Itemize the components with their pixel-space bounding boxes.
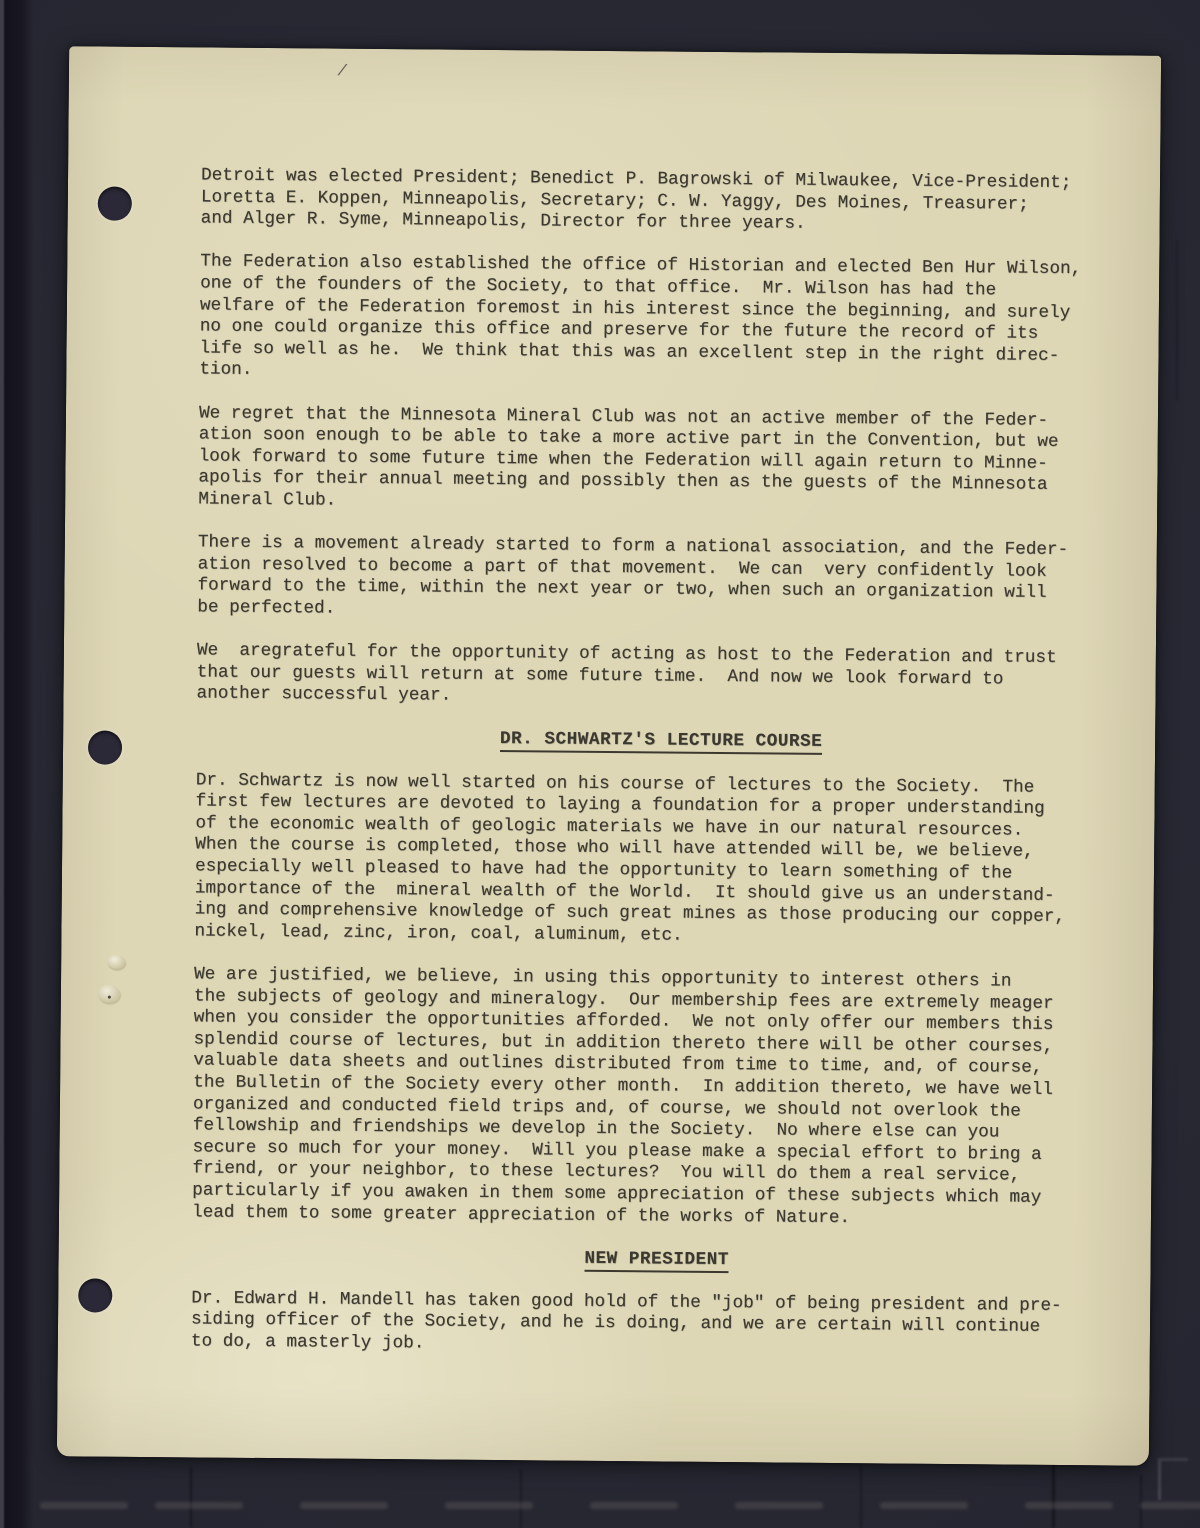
cover-emboss-mark — [590, 1502, 678, 1509]
scanned-document-background: / Detroit was elected President; Benedic… — [0, 0, 1200, 1528]
paragraph-national-association: There is a movement already started to f… — [197, 532, 1128, 626]
punch-hole-bottom — [78, 1278, 112, 1312]
cover-emboss-mark — [880, 1502, 968, 1509]
cover-emboss-mark — [445, 1502, 533, 1509]
pencil-tick-mark: / — [336, 62, 349, 82]
paragraph-new-president-mandell: Dr. Edward H. Mandell has taken good hol… — [191, 1288, 1122, 1361]
typewritten-text-column: Detroit was elected President; Benedict … — [191, 165, 1132, 1382]
cover-emboss-mark — [155, 1502, 243, 1509]
cover-emboss-mark — [300, 1502, 388, 1509]
cover-emboss-mark — [1140, 1502, 1200, 1509]
cover-scratch — [190, 1468, 192, 1528]
paragraph-schwartz-lectures: Dr. Schwartz is now well started on his … — [194, 770, 1125, 951]
cover-emboss-mark — [1025, 1502, 1113, 1509]
punch-hole-middle — [88, 730, 122, 764]
paper-dent — [98, 985, 120, 1003]
punch-hole-top — [98, 187, 132, 221]
paragraph-regret-membership: We regret that the Minnesota Mineral Clu… — [198, 403, 1129, 519]
cover-scratch — [1176, 240, 1178, 400]
cover-emboss-mark — [40, 1502, 128, 1509]
binder-spine — [0, 0, 34, 1528]
paragraph-historian-office: The Federation also established the offi… — [199, 252, 1130, 390]
paper-dent — [107, 955, 125, 969]
cover-scratch — [520, 1470, 522, 1528]
paragraph-elected-officers: Detroit was elected President; Benedict … — [201, 165, 1132, 238]
cover-corner-mark — [1158, 1458, 1188, 1500]
paragraph-membership-benefits: We are justified, we believe, in using t… — [192, 964, 1124, 1231]
cover-scratch — [860, 1466, 862, 1528]
section-heading-new-president: NEW PRESIDENT — [192, 1245, 1122, 1275]
heading-underlined-text: NEW PRESIDENT — [584, 1248, 729, 1272]
paragraph-grateful-host: We aregrateful for the opportunity of ac… — [196, 640, 1127, 713]
section-heading-lecture-course: DR. SCHWARTZ'S LECTURE COURSE — [196, 727, 1126, 757]
cover-emboss-mark — [735, 1502, 823, 1509]
heading-underlined-text: DR. SCHWARTZ'S LECTURE COURSE — [500, 729, 823, 755]
document-page: / Detroit was elected President; Benedic… — [57, 46, 1161, 1465]
